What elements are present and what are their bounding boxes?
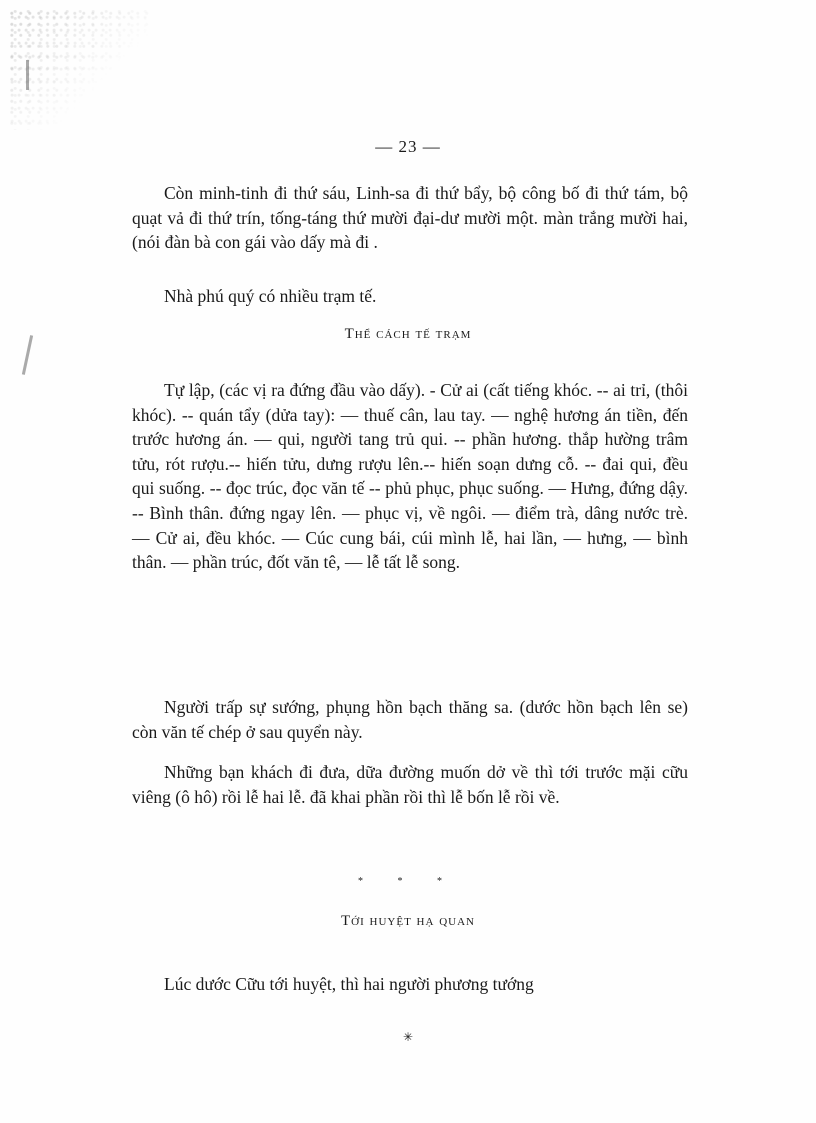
scanned-book-page: — 23 — Còn minh-tinh đi thứ sáu, Linh-sa… (0, 0, 816, 1123)
paragraph-text: Tự lập, (các vị ra đứng đầu vào dấy). - … (132, 378, 688, 575)
paragraph-text: Lúc dước Cữu tới huyệt, thì hai người ph… (132, 972, 688, 997)
section-separator-asterisks: * * * (0, 876, 816, 887)
footer-printer-mark: ✳ (0, 1030, 816, 1045)
paragraph-procession-order: Còn minh-tinh đi thứ sáu, Linh-sa đi thứ… (132, 181, 688, 255)
paragraph-text: Nhà phú quý có nhiều trạm tế. (132, 284, 688, 309)
paragraph-text: Người trấp sự sướng, phụng hồn bạch thăn… (132, 695, 688, 744)
paragraph-text: Những bạn khách đi đưa, dữa đường muốn d… (132, 760, 688, 809)
paragraph-soul-tablet: Người trấp sự sướng, phụng hồn bạch thăn… (132, 695, 688, 744)
paragraph-arrival-at-grave: Lúc dước Cữu tới huyệt, thì hai người ph… (132, 972, 688, 997)
paragraph-wealthy-families: Nhà phú quý có nhiều trạm tế. (132, 284, 688, 309)
scan-noise-artifact (10, 10, 150, 130)
section-heading-the-cach-te-tram: Thể cách tế trạm (0, 326, 816, 343)
paragraph-ritual-steps: Tự lập, (các vị ra đứng đầu vào dấy). - … (132, 378, 688, 575)
scan-edge-mark (26, 60, 29, 90)
page-number: — 23 — (0, 137, 816, 157)
paragraph-text: Còn minh-tinh đi thứ sáu, Linh-sa đi thứ… (132, 181, 688, 255)
section-heading-toi-huyet-ha-quan: Tới huyệt hạ quan (0, 913, 816, 930)
paragraph-guests-leaving: Những bạn khách đi đưa, dữa đường muốn d… (132, 760, 688, 809)
